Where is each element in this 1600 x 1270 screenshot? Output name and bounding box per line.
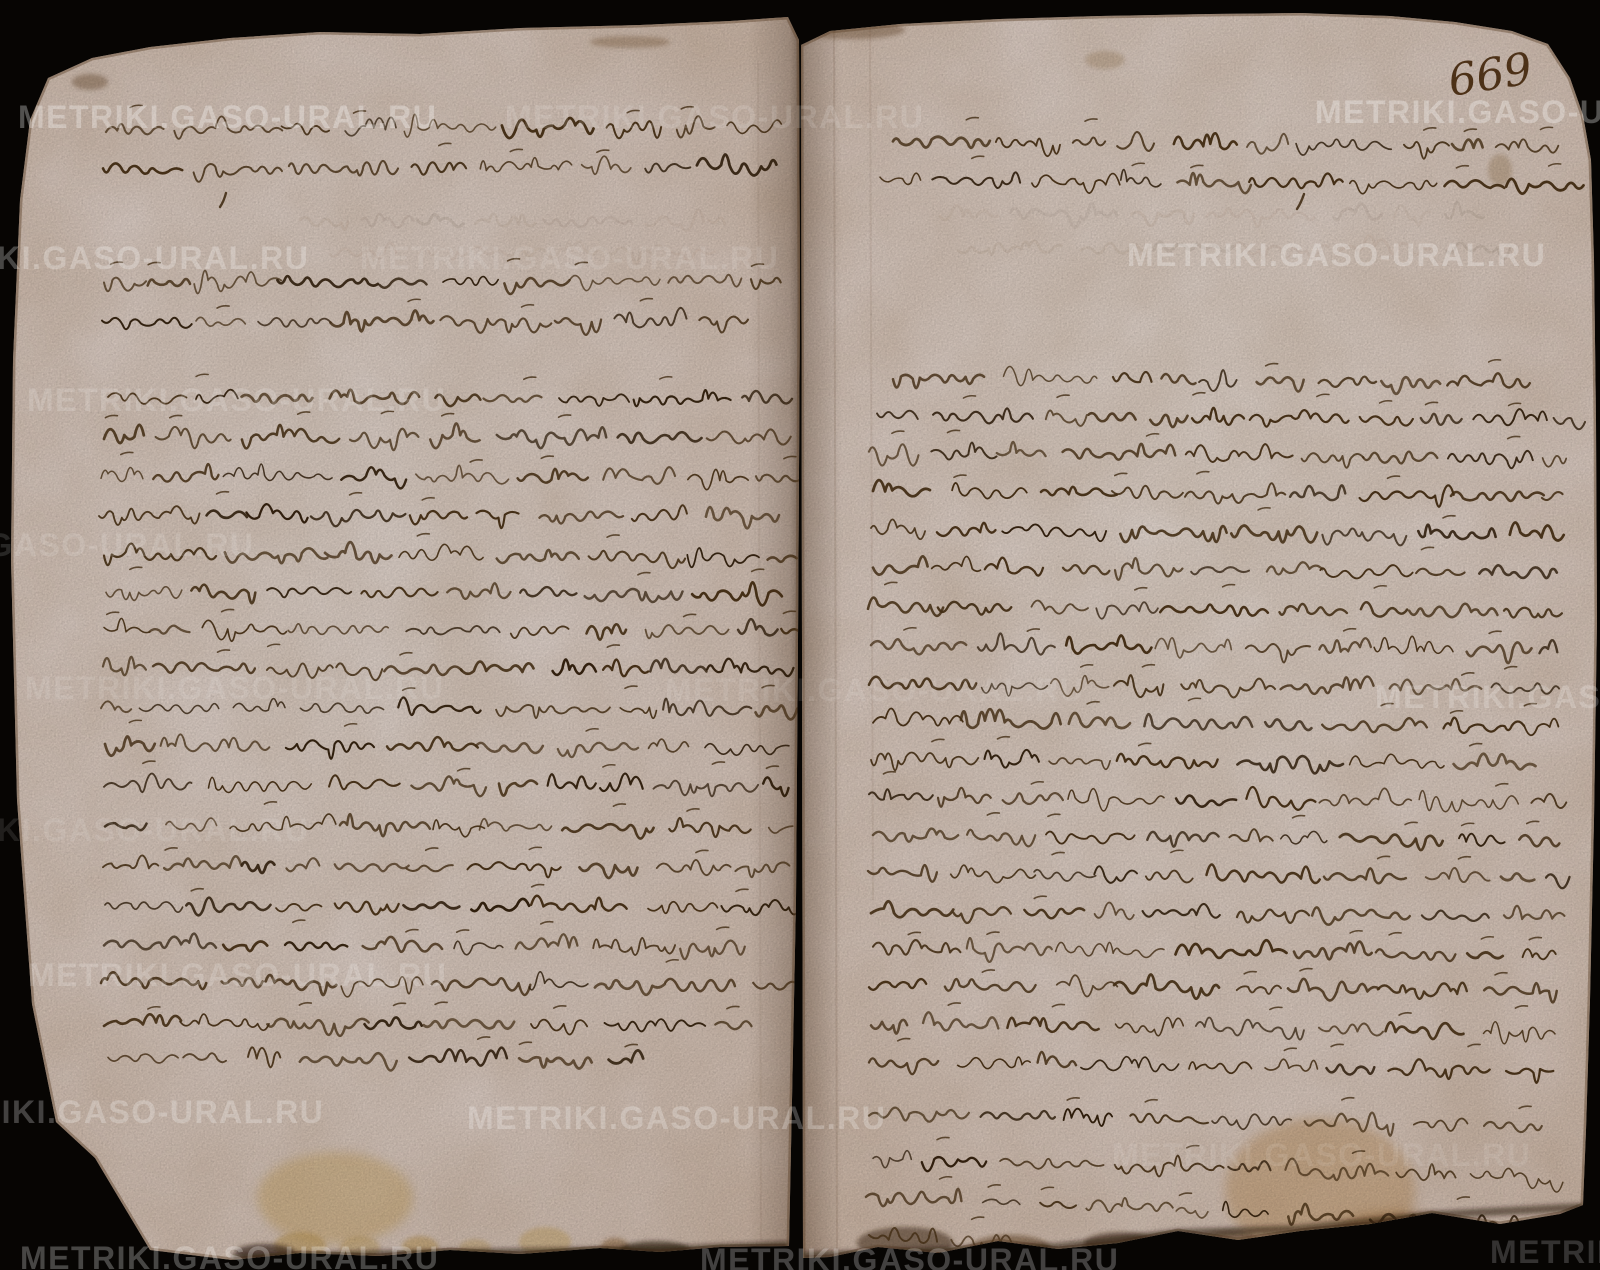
manuscript-photo: 669 METRIKI.GASO-URAL.RUMETRIKI.GASO-URA… (0, 0, 1600, 1270)
watermark-text: METRIKI.GASO-URAL.RU (25, 670, 444, 706)
watermark-text: METRIKI.GASO-URAL.RU (1315, 94, 1600, 130)
watermark-text: METRIKI.GASO-URAL.RU (467, 1100, 886, 1136)
watermark-text: METRIKI.GASO-URAL.RU (0, 527, 254, 563)
watermark-text: METRIKI.GASO-URAL.RU (1112, 1137, 1531, 1173)
watermark-text: METRIKI.GASO-URAL.RU (0, 240, 309, 276)
watermark-text: METRIKI.GASO-URAL.RU (28, 957, 447, 993)
watermark-text: METRIKI.GASO-URAL.RU (20, 1240, 439, 1270)
manuscript-scan: 669 METRIKI.GASO-URAL.RUMETRIKI.GASO-URA… (0, 0, 1600, 1270)
watermark-text: METRIKI.GASO-URAL.RU (1127, 237, 1546, 273)
watermark-text: METRIKI.GASO-URAL.RU (18, 99, 437, 135)
watermark-text: METRIKI.GASO-URAL.RU (1490, 1234, 1600, 1270)
watermark-text: METRIKI.GASO-URAL.RU (27, 382, 446, 418)
watermark-text: METRIKI.GASO-URAL.RU (0, 1094, 324, 1130)
watermark-text: METRIKI.GASO-URAL.RU (505, 99, 924, 135)
watermark-text: METRIKI.GASO-URAL.RU (0, 812, 309, 848)
watermark-text: METRIKI.GASO-URAL.RU (665, 672, 1084, 708)
watermark-text: METRIKI.GASO-URAL.RU (1375, 679, 1600, 715)
watermark-text: METRIKI.GASO-URAL.RU (360, 240, 779, 276)
watermark-text: METRIKI.GASO-URAL.RU (700, 1242, 1119, 1270)
